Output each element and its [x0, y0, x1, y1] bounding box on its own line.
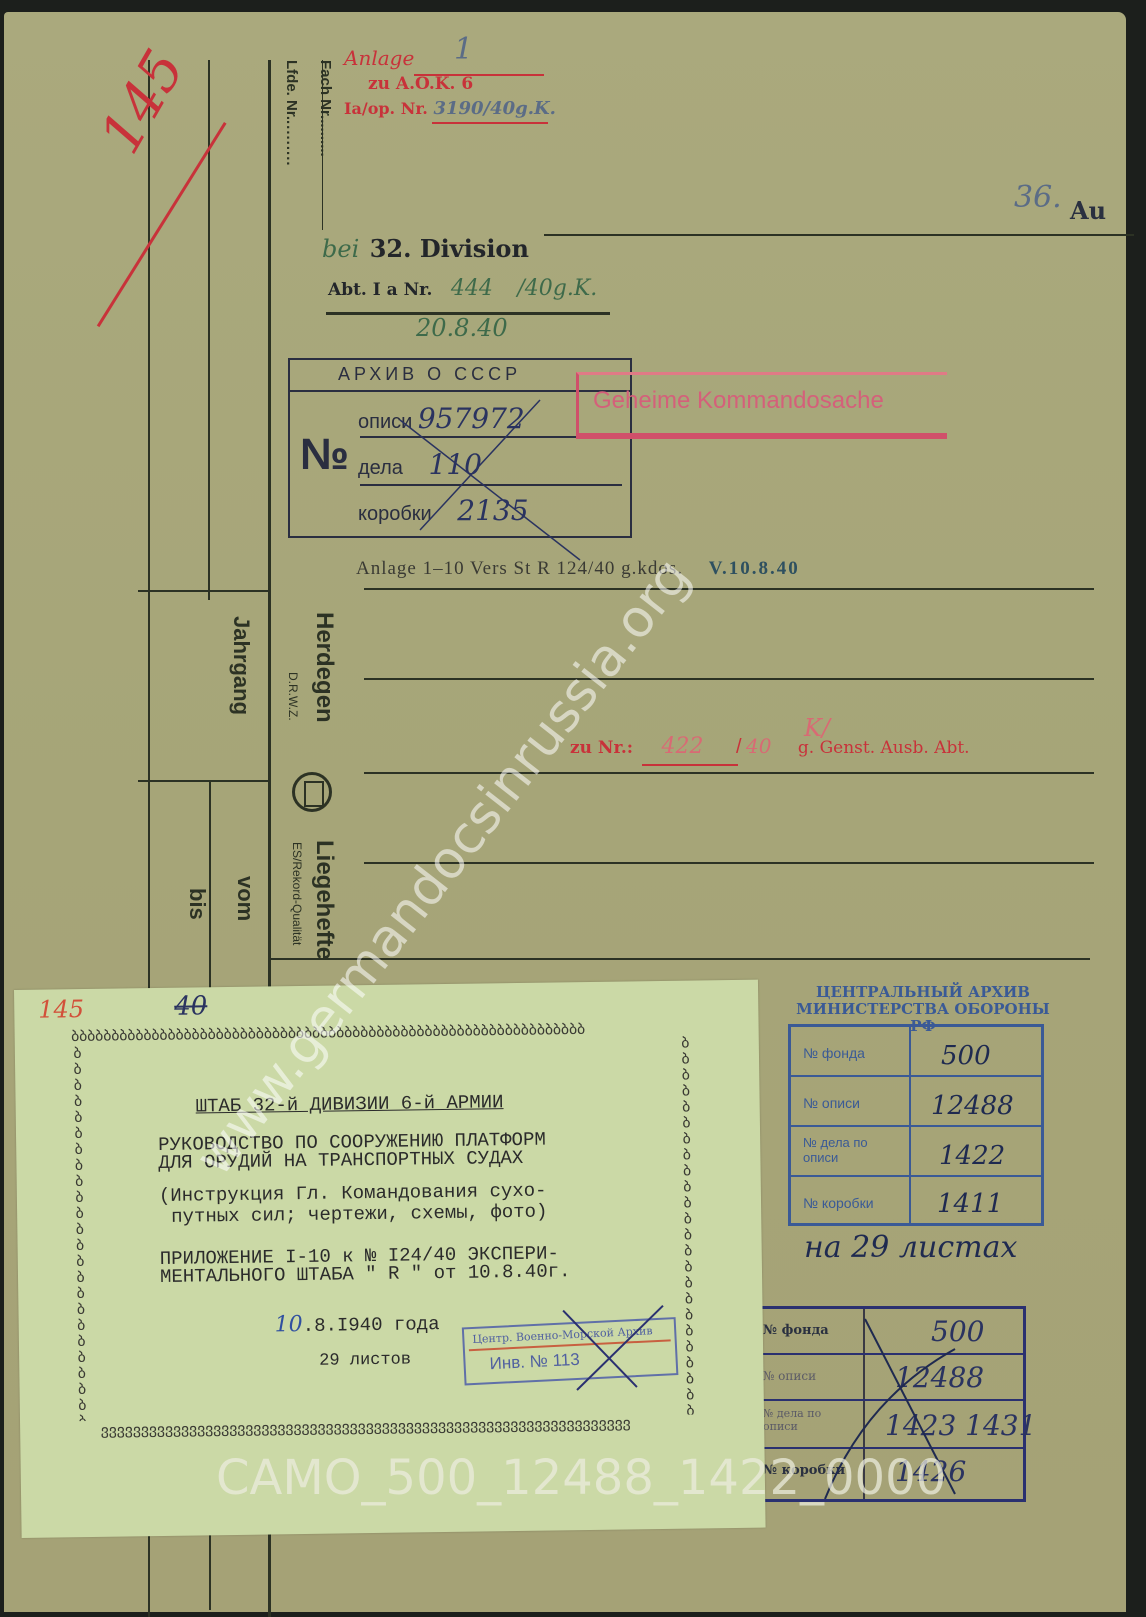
product-sub: ES/Rekord-Qualität	[290, 842, 304, 945]
product-name: Liegehefte	[310, 840, 338, 960]
ruled-line	[364, 588, 1094, 590]
reference-line: zu Nr.: 422 / 40 g. Genst. Ausb. Abt.	[570, 734, 970, 759]
edge-text: Au	[1070, 196, 1106, 225]
maker-logo-icon	[292, 772, 332, 812]
page-number: 36.	[1014, 180, 1062, 215]
card-corner-number: 145	[38, 995, 84, 1024]
maker-sub: D.R.W.Z.	[286, 672, 300, 721]
vom-label: vom	[232, 876, 258, 921]
anlage-stamp: Anlage 1 zu A.O.K. 6 Ia/op. Nr. 3190/40g…	[344, 46, 574, 119]
card-appendix: ПРИЛОЖЕНИЕ I-10 к № I24/40 ЭКСПЕРИ- МЕНТ…	[160, 1244, 571, 1286]
margin-number: 145	[88, 39, 198, 164]
header-rule	[544, 234, 1134, 236]
card-sheets: 29 листов	[319, 1350, 411, 1370]
chain-border-top: ბბბბბბბბბბბბბბბბბბბბბბბბბბბბბბბბბბბბბბბბ…	[71, 1019, 691, 1046]
bis-label: bis	[184, 888, 210, 920]
ruled-line	[364, 678, 1094, 680]
navy-archive-stamp: Центр. Военно-Морской Архив Инв. № 113	[462, 1317, 679, 1385]
card-description: (Инструкция Гл. Командования сухо- путны…	[159, 1181, 548, 1228]
division-number-row: Abt. I a Nr. 444 /40g.K.	[328, 276, 597, 301]
chain-border-right: ბბბბბბბბბბბბბბბბბბბბბბბბბ	[681, 1034, 704, 1414]
maker-name: Herdegen	[310, 612, 338, 723]
card-crossed-number: 40	[174, 991, 208, 1021]
sheets-note: на 29 листах	[804, 1230, 1017, 1265]
column-rule	[138, 780, 270, 782]
lfde-nr-label: Lfde. Nr..........	[283, 60, 300, 167]
chain-border-bottom: ვვვვვვვვვვვვვვვვვვვვვვვვვვვვვვვვვვვვვვვვ…	[100, 1412, 720, 1439]
central-archive-stamp: № фонда 500 № описи 12488 № дела по опис…	[788, 1024, 1044, 1226]
file-id-watermark: CAMO_500_12488_1422_0000	[216, 1450, 946, 1506]
column-rule	[208, 60, 210, 600]
column-rule	[138, 590, 270, 592]
card-date: 10.8.I940 года	[275, 1310, 440, 1337]
jahrgang-label: Jahrgang	[228, 616, 254, 715]
cross-out-mark	[463, 1305, 677, 1395]
chain-border-left: ბბბბბბბბბბბბბბბბბბბბბბბბბ	[73, 1045, 96, 1421]
anlage-line: Anlage 1–10 Vers St R 124/40 g.kdos. V.1…	[356, 558, 800, 580]
reference-underline	[642, 764, 738, 766]
ruled-line	[364, 772, 1094, 774]
division-date: 20.8.40	[416, 314, 508, 342]
anlage-number: 1	[454, 32, 473, 67]
classification-stamp: Geheime Kommandosache	[576, 372, 947, 439]
division-block: bei 32. Division	[322, 234, 529, 263]
fach-nr-label: Fach Nr..........	[317, 60, 334, 157]
reference-mark: K/	[804, 714, 830, 742]
